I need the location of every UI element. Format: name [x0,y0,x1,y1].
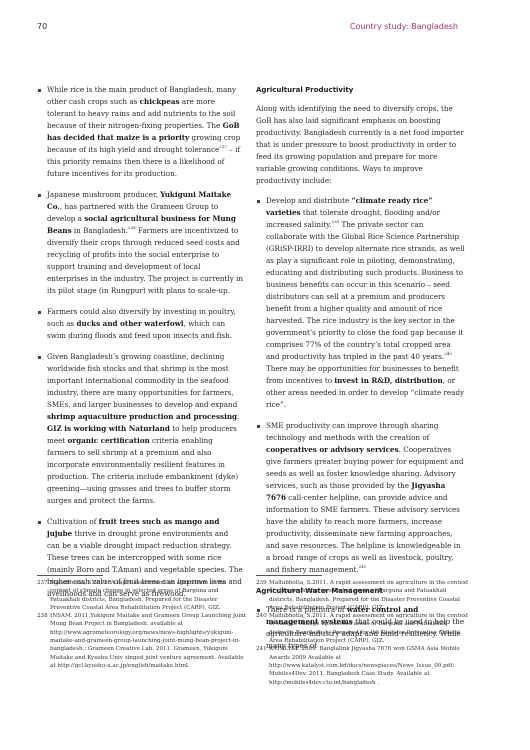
bold-text: chickpeas [140,97,180,106]
text-run: The private sector can collaborate with … [266,220,465,361]
text-run: Given Bangladesh’s growing coastline, de… [47,352,237,409]
text-run: Cultivation of [47,517,99,526]
footnote-number: 239 [256,579,267,587]
text-run: SME productivity can improve through sha… [266,421,439,442]
text-run: criteria enabling farmers to sell shrimp… [47,436,238,505]
text-run: call-center helpline, can provide advice… [266,493,461,574]
footnote: 237Mallubhotla, S.2011. A rapid assessme… [37,579,247,612]
footnotes-left: 237Mallubhotla, S.2011. A rapid assessme… [37,575,247,670]
footnote-number: 237 [37,579,48,587]
footnote-ref: 241 [359,564,367,569]
footnote-list: 239Mallubhotla, S.2011. A rapid assessme… [256,579,470,687]
left-column: While rice is the main product of Bangla… [37,84,243,609]
text-run: Develop and distribute [266,196,352,205]
bold-text: ducks and other waterfowl [77,319,184,328]
text-run: Farmers are incentivized to diversify th… [47,226,243,295]
page-number: 70 [37,22,47,31]
page-header: 70 Country study: Bangladesh [37,22,458,36]
bullet-item: SME productivity can improve through sha… [256,420,466,576]
bold-text: cooperatives or advisory services [266,445,399,454]
text-run: . [237,412,239,421]
section-title-agricultural-productivity: Agricultural Productivity [256,84,466,96]
footnote-ref: 237 [219,144,227,149]
running-title: Country study: Bangladesh [350,22,458,31]
text-run: Japanese mushroom producer, [47,190,160,199]
footnote-list: 237Mallubhotla, S.2011. A rapid assessme… [37,579,247,670]
bold-text: organic certification [68,436,150,445]
text-run: in Bangladesh. [72,226,128,235]
footnote-number: 240 [256,612,267,620]
left-bullet-list: While rice is the main product of Bangla… [37,84,243,600]
bold-text: invest in R&D, distribution [334,376,442,385]
footnote-text: Mallubhotla, S.2011. A rapid assessment … [269,580,468,611]
footnote-ref: 240 [444,351,452,356]
bullet-item: Farmers could also diversify by investin… [37,306,243,342]
bold-text: shrimp aquaculture production and proces… [47,412,237,421]
bullet-item: Japanese mushroom producer, Yukiguni Mai… [37,189,243,297]
footnote-rule [37,575,103,576]
footnotes-right: 239Mallubhotla, S.2011. A rapid assessme… [256,575,470,687]
footnote-text: Mallubhotla, S.2011. A rapid assessment … [269,613,468,644]
footnote: 240Mallubhotla, S.2011. A rapid assessme… [256,612,470,645]
footnote-text: Mallubhotla, S.2011. A rapid assessment … [50,580,226,611]
bullet-item: While rice is the main product of Bangla… [37,84,243,180]
footnote: 241KATALYST. 2009. Banglalink Jigyasha 7… [256,645,470,686]
footnote-number: 238 [37,612,48,620]
footnote-rule [256,575,322,576]
footnote-text: KATALYST. 2009. Banglalink Jigyasha 7676… [269,646,460,685]
footnote-number: 241 [256,645,267,653]
intro-paragraph: Along with identifying the need to diver… [256,103,466,187]
footnote-text: INSAM. 2011.Yukiguni Maitake and Grameen… [50,613,246,669]
bullet-item: Given Bangladesh’s growing coastline, de… [37,351,243,507]
bullet-item: Develop and distribute “climate ready ri… [256,195,466,411]
footnote: 239Mallubhotla, S.2011. A rapid assessme… [256,579,470,612]
bold-text: GIZ is working with Naturland [47,424,170,433]
footnote-ref: 238 [128,225,136,230]
productivity-bullet-list: Develop and distribute “climate ready ri… [256,195,466,576]
footnote: 238INSAM. 2011.Yukiguni Maitake and Gram… [37,612,247,670]
